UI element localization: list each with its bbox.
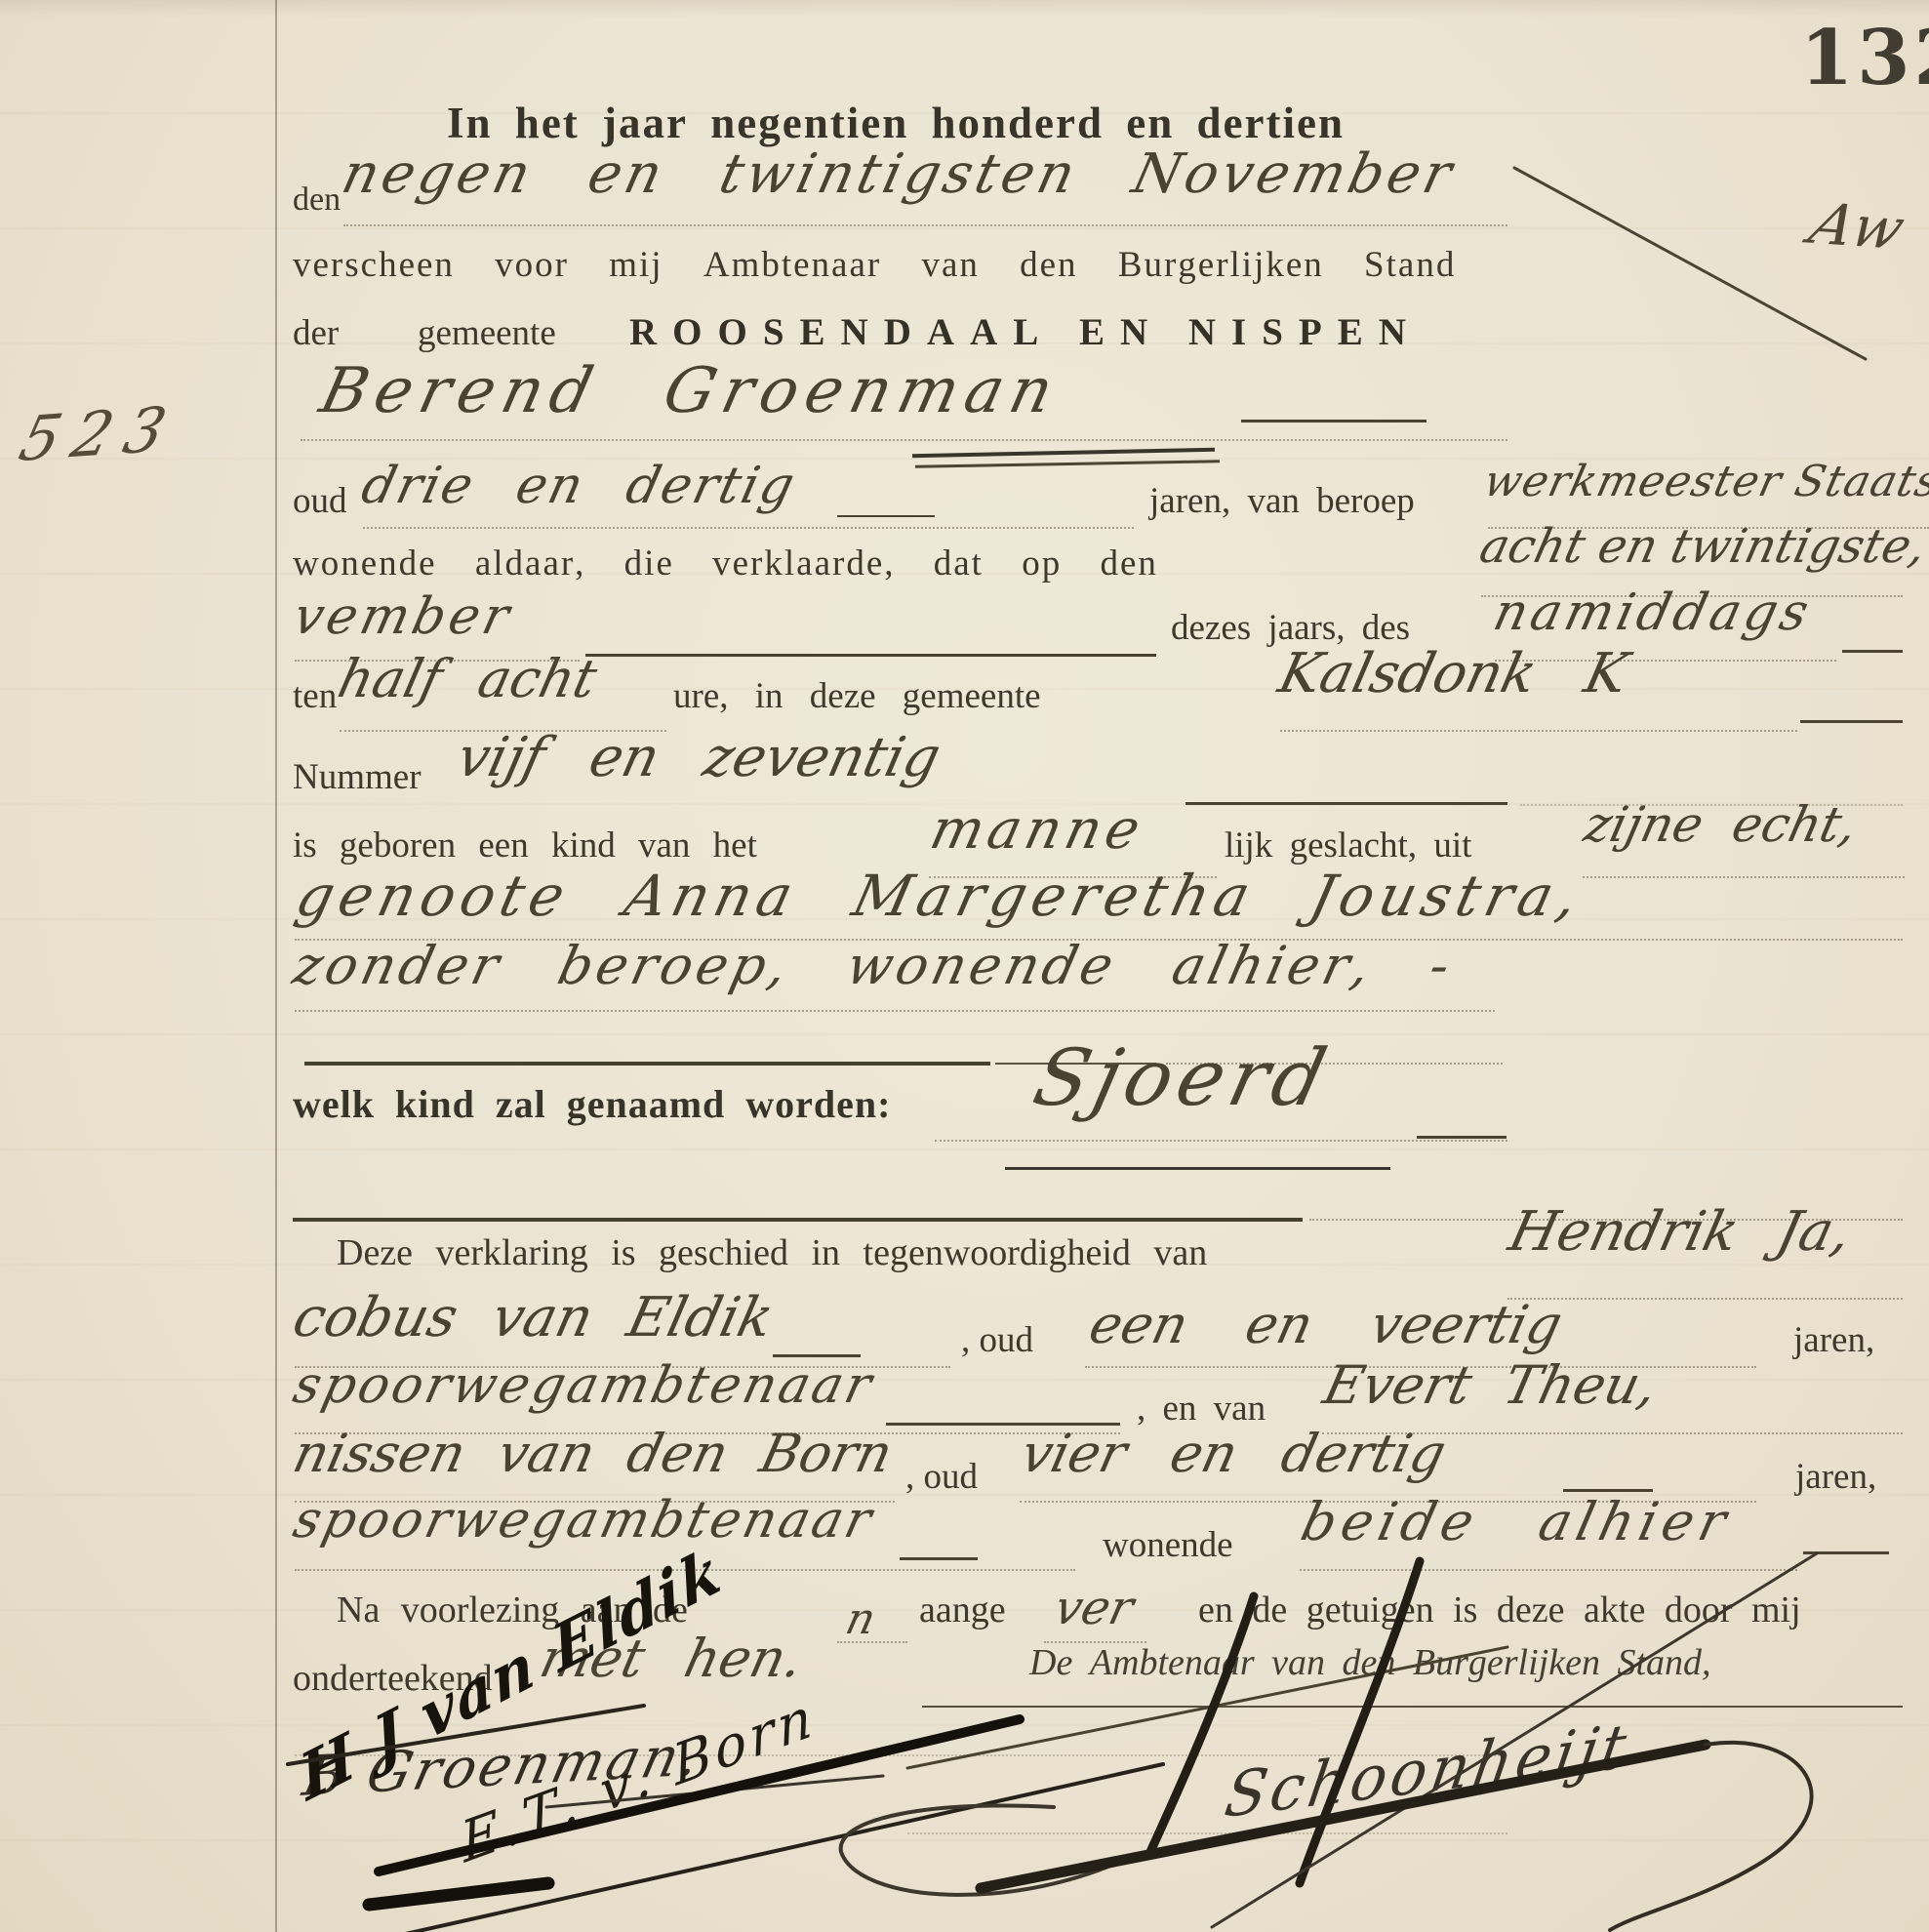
page-number: 132 bbox=[1800, 14, 1929, 102]
witness2-name2-handwritten: nissen van den Born bbox=[288, 1423, 899, 1484]
witness1-name-handwritten: Hendrik Ja, bbox=[1503, 1200, 1857, 1264]
trailing-dash bbox=[1842, 650, 1903, 653]
label-nummer: Nummer bbox=[293, 756, 422, 798]
header-title: In het jaar negentien honderd en dertien bbox=[447, 98, 1345, 148]
dotted-leader bbox=[343, 224, 1507, 226]
margin-rule bbox=[275, 0, 277, 1932]
age-handwritten: drie en dertig bbox=[356, 457, 801, 515]
label-den: den bbox=[293, 181, 341, 219]
sex-handwritten: manne bbox=[924, 798, 1150, 862]
hour-handwritten: half acht bbox=[333, 648, 603, 709]
label-jaren-beroep: jaren, van beroep bbox=[1149, 480, 1415, 522]
mother-details-handwritten: zonder beroep, wonende alhier, - bbox=[288, 935, 1460, 996]
witness2-signature-heavy-mark bbox=[369, 1883, 548, 1905]
label-ure-gemeente: ure, in deze gemeente bbox=[673, 675, 1041, 717]
label-welk-kind: welk kind zal genaamd worden: bbox=[293, 1081, 892, 1127]
trailing-dash bbox=[1803, 1551, 1889, 1554]
official-signature-left-swash bbox=[841, 1805, 1137, 1894]
dotted-leader bbox=[1280, 730, 1797, 732]
residence-handwritten: beide alhier bbox=[1296, 1491, 1738, 1552]
official-caption: De Ambtenaar van den Burgerlijken Stand, bbox=[1029, 1641, 1711, 1684]
municipality-name: ROOSENDAAL EN NISPEN bbox=[629, 310, 1422, 354]
mother-name-handwritten: genoote Anna Margeretha Joustra, bbox=[290, 863, 1589, 929]
section-separator bbox=[293, 1218, 1303, 1222]
label-oud-w2: , oud bbox=[905, 1456, 978, 1498]
trailing-dash bbox=[1417, 1136, 1507, 1139]
declarant-name-handwritten: Berend Groenman bbox=[313, 355, 1066, 427]
profession-handwritten: werkmeester Staatsspo bbox=[1479, 457, 1929, 506]
corner-note: Aw bbox=[1801, 191, 1914, 262]
birthday-handwritten: acht en twintigste, No, bbox=[1475, 519, 1929, 574]
label-jaren-w1: jaren, bbox=[1793, 1319, 1874, 1361]
label-gemeente: gemeente bbox=[418, 312, 556, 354]
official-signature-end-curl bbox=[1610, 1743, 1812, 1930]
child-name-underline bbox=[1005, 1167, 1390, 1170]
line-wonende-aldaar: wonende aldaar, die verklaarde, dat op d… bbox=[293, 543, 1158, 584]
witness1-age-handwritten: een en veertig bbox=[1084, 1294, 1568, 1355]
date-handwritten: negen en twintigsten November bbox=[336, 142, 1461, 206]
dotted-leader bbox=[295, 1010, 1495, 1012]
trailing-dash bbox=[900, 1557, 978, 1560]
dotted-leader bbox=[837, 1641, 907, 1643]
dotted-leader bbox=[301, 439, 1507, 441]
flourish-stroke-top-right bbox=[1514, 168, 1866, 359]
official-signature: Schoonheijt bbox=[1221, 1710, 1635, 1832]
witnesses-intro: Deze verklaring is geschied in tegenwoor… bbox=[337, 1231, 1207, 1274]
witness2-age-handwritten: vier en dertig bbox=[1016, 1423, 1452, 1484]
witness1-name2-handwritten: cobus van Eldik bbox=[287, 1286, 779, 1349]
margin-act-number: 523 bbox=[13, 392, 187, 476]
birth-certificate-scan: 132 523 Aw In het jaar negentien honderd… bbox=[0, 0, 1929, 1932]
trailing-dash bbox=[1241, 420, 1427, 423]
line-is-geboren: is geboren een kind van het bbox=[293, 825, 757, 866]
housenumber-handwritten: vijf en zeventig bbox=[451, 726, 945, 789]
fill-line-solid bbox=[922, 1706, 1903, 1708]
witness2-profession-handwritten: spoorwegambtenaar bbox=[288, 1491, 879, 1550]
witness1-profession-handwritten: spoorwegambtenaar bbox=[288, 1356, 879, 1415]
fill-line-solid bbox=[585, 654, 1156, 657]
inserted-n-handwritten: n bbox=[841, 1594, 880, 1644]
fill-line-solid bbox=[1186, 802, 1507, 805]
label-oud-w1: , oud bbox=[961, 1319, 1033, 1361]
child-name-handwritten: Sjoerd bbox=[1025, 1032, 1340, 1123]
label-jaren-w2: jaren, bbox=[1795, 1456, 1876, 1498]
dotted-leader bbox=[1583, 876, 1905, 878]
dotted-leader bbox=[1300, 1569, 1797, 1571]
dotted-leader bbox=[363, 527, 1134, 529]
label-ten: ten bbox=[293, 675, 337, 717]
double-underline-stroke bbox=[912, 448, 1215, 458]
label-wonende: wonende bbox=[1103, 1524, 1233, 1566]
witness2-name-handwritten: Evert Theu, bbox=[1318, 1354, 1664, 1416]
echtgenoote-handwritten: zijne echt, bbox=[1579, 796, 1863, 853]
place-handwritten: Kalsdonk K bbox=[1272, 642, 1633, 705]
dotted-leader bbox=[907, 1832, 1507, 1834]
label-oud: oud bbox=[293, 480, 347, 522]
month-handwritten: vember bbox=[288, 587, 518, 646]
closing-aange: aange bbox=[919, 1589, 1006, 1631]
inserted-ver-handwritten: ver bbox=[1050, 1581, 1139, 1635]
trailing-dash bbox=[837, 515, 935, 517]
closing-getuigen: en de getuigen is deze akte door mij bbox=[1198, 1589, 1801, 1631]
line-geslacht-uit: lijk geslacht, uit bbox=[1225, 825, 1471, 866]
daypart-handwritten: namiddags bbox=[1488, 584, 1818, 642]
label-der: der bbox=[293, 312, 339, 354]
double-underline-stroke bbox=[915, 460, 1220, 467]
header-appeared: verscheen voor mij Ambtenaar van den Bur… bbox=[293, 244, 1456, 286]
trailing-dash bbox=[1800, 720, 1903, 723]
dotted-leader bbox=[935, 1140, 1507, 1142]
fill-line-heavy bbox=[304, 1062, 990, 1066]
